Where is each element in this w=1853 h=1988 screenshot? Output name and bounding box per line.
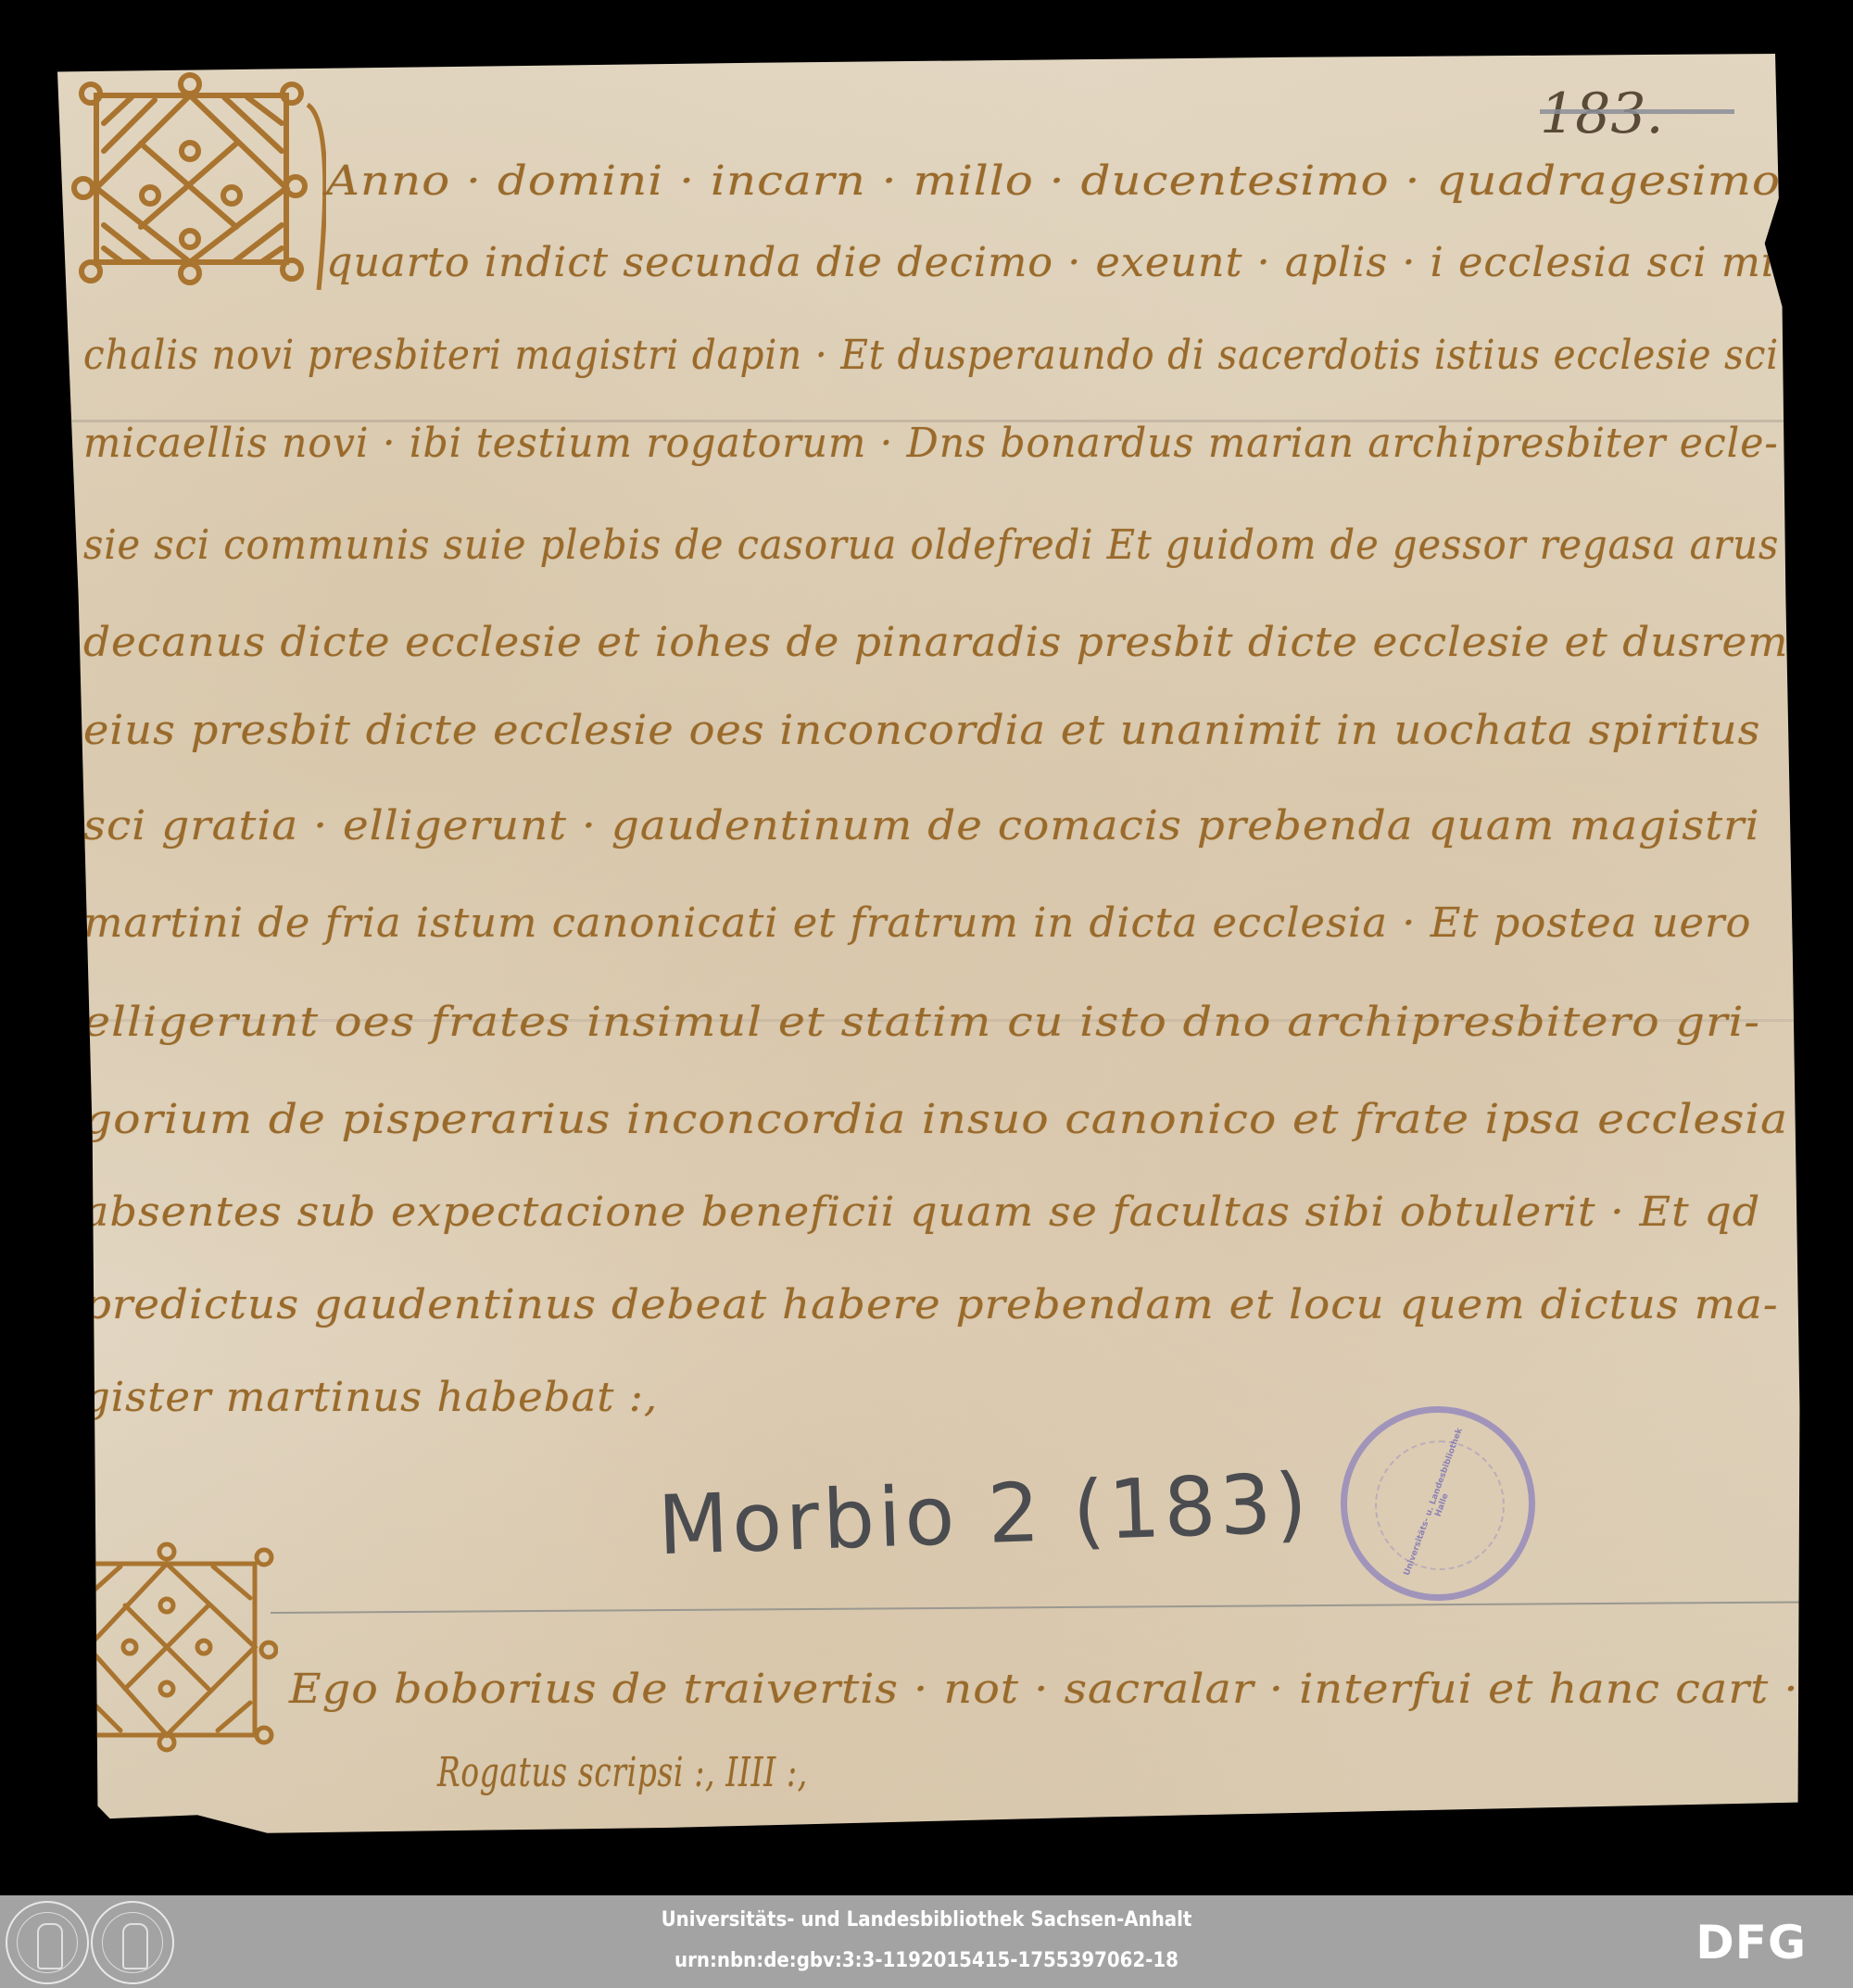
text-line-6: decanus dicte ecclesie et iohes de pinar… xyxy=(83,619,1788,666)
library-stamp: Universitäts- u. Landesbibliothek Halle xyxy=(1341,1406,1535,1601)
text-line-2: quarto indict secunda die decimo · exeun… xyxy=(326,239,1790,286)
ruled-line xyxy=(271,1601,1799,1614)
parchment-sheet: 183. Anno · domini · incarn · millo · du… xyxy=(57,54,1807,1860)
text-line-5: sie sci communis suie plebis de casorua … xyxy=(83,522,1779,569)
notary-signum-icon xyxy=(65,1541,278,1754)
text-line-4: micaellis novi · ibi testium rogatorum ·… xyxy=(83,420,1779,467)
institution-name: Universitäts- und Landesbibliothek Sachs… xyxy=(0,1908,1853,1931)
text-line-12: absentes sub expectacione beneficii quam… xyxy=(83,1189,1760,1236)
text-line-13: predictus gaudentinus debeat habere preb… xyxy=(83,1281,1779,1328)
folio-strikethrough xyxy=(1540,109,1734,114)
text-line-1: Anno · domini · incarn · millo · ducente… xyxy=(326,157,1781,205)
library-footer-bar: Universitäts- und Landesbibliothek Sachs… xyxy=(0,1895,1853,1988)
text-line-8: sci gratia · elligerunt · gaudentinum de… xyxy=(83,802,1760,849)
text-line-9: martini de fria istum canonicati et frat… xyxy=(83,900,1751,947)
text-line-7: eius presbit dicte ecclesie oes inconcor… xyxy=(83,707,1760,754)
dfg-logo: DFG xyxy=(1695,1916,1807,1969)
subscription-line-2: Rogatus scripsi :, IIII :, xyxy=(437,1749,808,1796)
subscription-line-1: Ego boborius de traivertis · not · sacra… xyxy=(289,1666,1799,1713)
pencil-shelfmark: Morbio 2 (183) xyxy=(656,1455,1312,1574)
text-line-3: chalis novi presbiteri magistri dapin · … xyxy=(83,332,1779,379)
urn-identifier: urn:nbn:de:gbv:3:3-1192015415-1755397062… xyxy=(0,1949,1853,1972)
text-line-14: gister martinus habebat :, xyxy=(83,1374,658,1421)
decorated-initial-icon xyxy=(67,68,326,290)
text-line-11: gorium de pisperarius inconcordia insuo … xyxy=(83,1096,1788,1143)
text-line-10: elligerunt oes frates insimul et statim … xyxy=(83,999,1760,1046)
folio-number: 183. xyxy=(1540,82,1664,146)
